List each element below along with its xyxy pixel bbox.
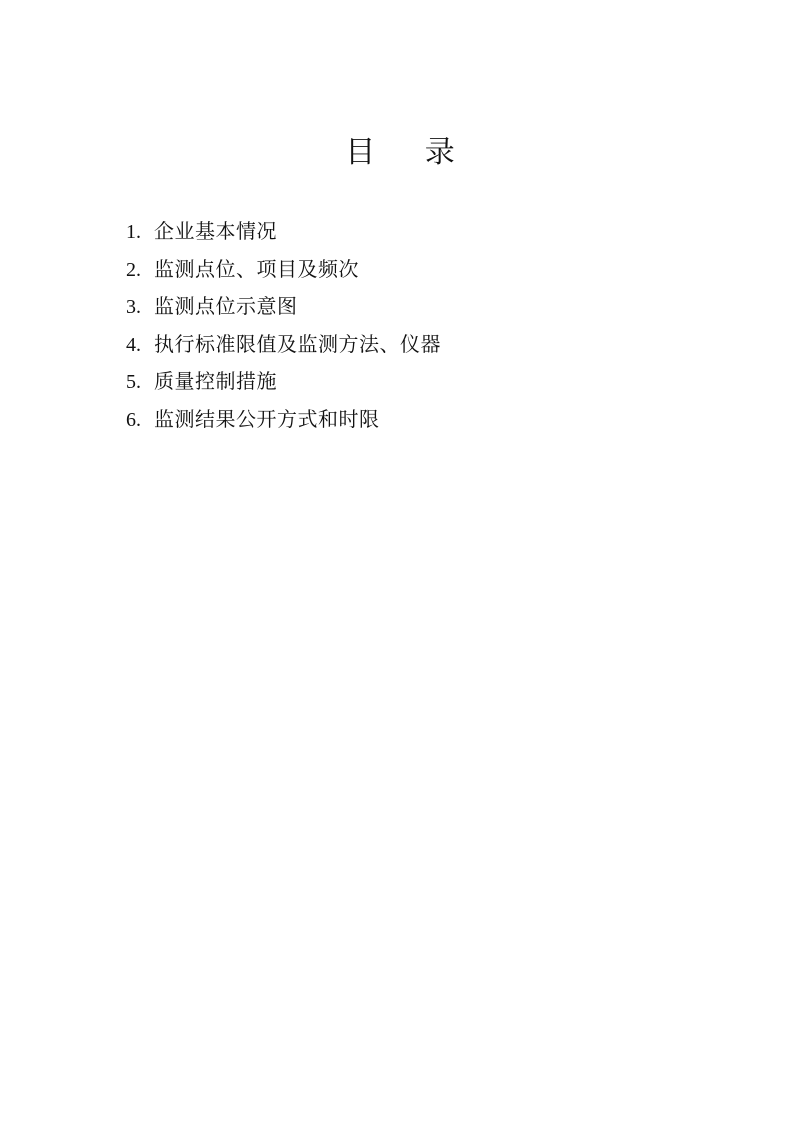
table-of-contents: 1. 企业基本情况 2. 监测点位、项目及频次 3. 监测点位示意图 4. 执行… — [126, 216, 441, 442]
toc-item-quality-control: 5. 质量控制措施 — [126, 366, 441, 404]
toc-item-point-diagram: 3. 监测点位示意图 — [126, 291, 441, 329]
toc-item-results-disclosure: 6. 监测结果公开方式和时限 — [126, 404, 441, 442]
toc-item-number: 1. — [126, 217, 154, 247]
toc-item-number: 6. — [126, 405, 154, 435]
page-title: 目 录 — [0, 133, 800, 173]
toc-item-monitoring-points: 2. 监测点位、项目及频次 — [126, 254, 441, 292]
toc-item-label: 执行标准限值及监测方法、仪器 — [154, 329, 441, 359]
toc-item-label: 监测结果公开方式和时限 — [154, 404, 380, 434]
toc-item-standards-methods: 4. 执行标准限值及监测方法、仪器 — [126, 329, 441, 367]
toc-item-label: 监测点位、项目及频次 — [154, 254, 359, 284]
toc-item-number: 2. — [126, 255, 154, 285]
toc-item-enterprise-basics: 1. 企业基本情况 — [126, 216, 441, 254]
toc-item-label: 监测点位示意图 — [154, 291, 298, 321]
toc-item-number: 3. — [126, 292, 154, 322]
toc-item-label: 质量控制措施 — [154, 366, 277, 396]
toc-item-number: 5. — [126, 367, 154, 397]
toc-item-label: 企业基本情况 — [154, 216, 277, 246]
toc-item-number: 4. — [126, 330, 154, 360]
